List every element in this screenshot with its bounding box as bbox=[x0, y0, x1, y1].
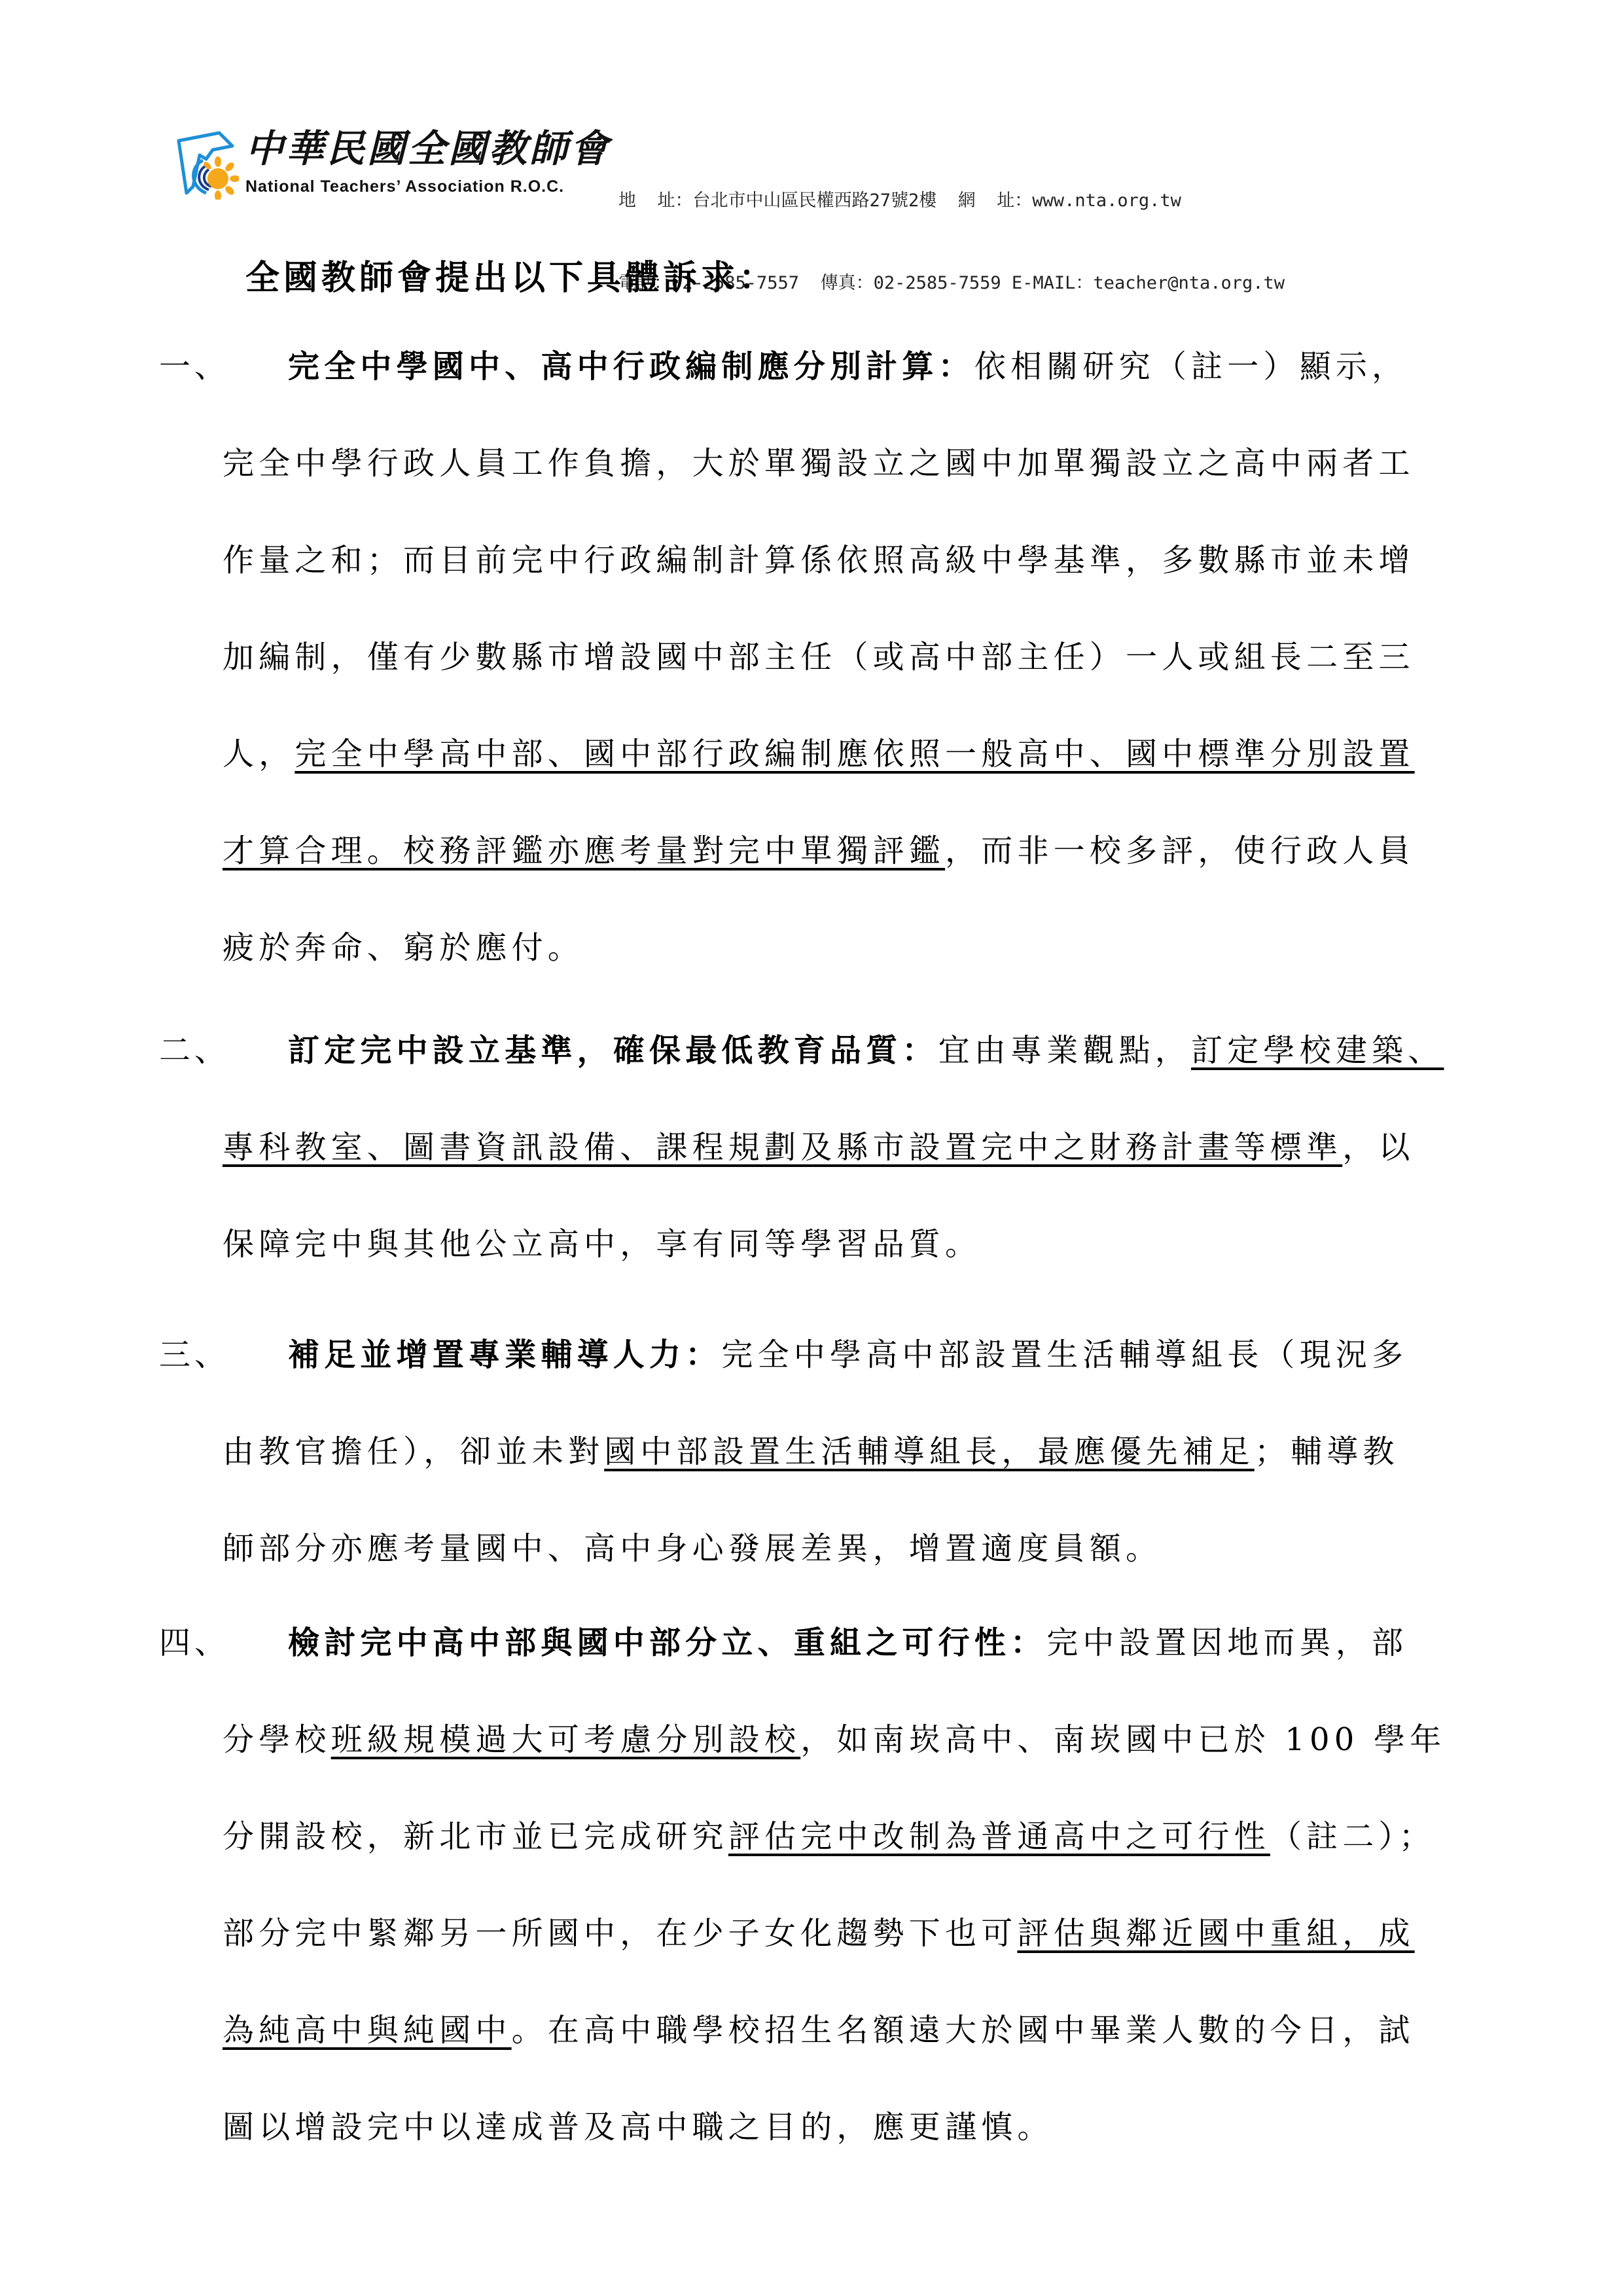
body-text: ，如南崁高中、南崁國中已於 100 學年 bbox=[800, 1721, 1446, 1758]
text-line: 分開設校，新北市並已完成研究評估完中改制為普通高中之可行性（註二）； bbox=[223, 1817, 1435, 1856]
body-text: 宜由專業觀點， bbox=[938, 1032, 1191, 1069]
body-text: 作量之和；而目前完中行政編制計算係依照高級中學基準，多數縣市並未增 bbox=[223, 542, 1415, 579]
org-name-zh: 中華民國全國教師會 bbox=[245, 126, 611, 171]
body-text: 部分完中緊鄰另一所國中，在少子女化趨勢下也可 bbox=[223, 1915, 1017, 1952]
body-text: 完中設置因地而異，部 bbox=[1046, 1624, 1408, 1661]
text-line: 圖以增設完中以達成普及高中職之目的，應更謹慎。 bbox=[223, 2108, 1054, 2147]
nta-logo-icon bbox=[167, 128, 239, 200]
emphasized-text: 為純高中與純國中 bbox=[223, 2012, 512, 2049]
body-text: 分學校 bbox=[223, 1721, 331, 1758]
text-line: 補足並增置專業輔導人力：完全中學高中部設置生活輔導組長（現況多 bbox=[288, 1335, 1408, 1374]
body-text: （註二）； bbox=[1270, 1818, 1435, 1855]
emphasized-text: 班級規模過大可考慮分別設校 bbox=[331, 1721, 801, 1758]
body-text: 疲於奔命、窮於應付。 bbox=[223, 929, 584, 966]
text-line: 師部分亦應考量國中、高中身心發展差異，增置適度員額。 bbox=[223, 1529, 1162, 1568]
body-text: 分開設校，新北市並已完成研究 bbox=[223, 1818, 728, 1855]
item-heading: 檢討完中高中部與國中部分立、重組之可行性： bbox=[288, 1624, 1046, 1661]
text-line: 完全中學行政人員工作負擔，大於單獨設立之國中加單獨設立之高中兩者工 bbox=[223, 444, 1415, 483]
document-title: 全國教師會提出以下具體訴求： bbox=[245, 259, 777, 298]
address-line: 地 址：台北市中山區民權西路27號2樓 網 址：www.nta.org.tw bbox=[618, 187, 1285, 215]
text-line: 檢討完中高中部與國中部分立、重組之可行性：完中設置因地而異，部 bbox=[288, 1623, 1408, 1662]
body-text: 人， bbox=[223, 736, 294, 772]
emphasized-text: 才算合理。校務評鑑亦應考量對完中單獨評鑑 bbox=[223, 833, 945, 869]
item-heading: 完全中學國中、高中行政編制應分別計算： bbox=[288, 348, 974, 385]
contact-info: 地 址：台北市中山區民權西路27號2樓 網 址：www.nta.org.tw 電… bbox=[618, 132, 1285, 352]
body-text: 由教官擔任），卻並未對 bbox=[223, 1433, 604, 1470]
emphasized-text: 評估完中改制為普通高中之可行性 bbox=[728, 1818, 1270, 1855]
item-number: 二、 bbox=[159, 1031, 230, 1070]
logo-wordmark: 中華民國全國教師會 National Teachers’ Association… bbox=[245, 124, 612, 203]
body-text: 。在高中職學校招生名額遠大於國中畢業人數的今日，試 bbox=[512, 2012, 1415, 2049]
body-text: 加編制，僅有少數縣市增設國中部主任（或高中部主任）一人或組長二至三 bbox=[223, 639, 1415, 675]
letterhead: 中華民國全國教師會 National Teachers’ Association… bbox=[167, 124, 1476, 203]
emphasized-text: 評估與鄰近國中重組，成 bbox=[1017, 1915, 1414, 1952]
text-line: 由教官擔任），卻並未對國中部設置生活輔導組長，最應優先補足；輔導教 bbox=[223, 1432, 1399, 1471]
text-line: 分學校班級規模過大可考慮分別設校，如南崁高中、南崁國中已於 100 學年 bbox=[223, 1720, 1446, 1759]
emphasized-text: 訂定學校建築、 bbox=[1191, 1032, 1444, 1069]
text-line: 作量之和；而目前完中行政編制計算係依照高級中學基準，多數縣市並未增 bbox=[223, 541, 1415, 580]
text-line: 專科教室、圖書資訊設備、課程規劃及縣市設置完中之財務計畫等標準，以 bbox=[223, 1128, 1415, 1167]
body-text: 依相關研究（註一）顯示， bbox=[974, 348, 1408, 385]
emphasized-text: 專科教室、圖書資訊設備、課程規劃及縣市設置完中之財務計畫等標準 bbox=[223, 1129, 1342, 1166]
text-line: 部分完中緊鄰另一所國中，在少子女化趨勢下也可評估與鄰近國中重組，成 bbox=[223, 1914, 1415, 1953]
emphasized-text: 完全中學高中部、國中部行政編制應依照一般高中、國中標準分別設置 bbox=[294, 736, 1414, 772]
body-text: 完全中學高中部設置生活輔導組長（現況多 bbox=[721, 1336, 1408, 1373]
text-line: 疲於奔命、窮於應付。 bbox=[223, 928, 584, 967]
text-line: 訂定完中設立基準，確保最低教育品質：宜由專業觀點，訂定學校建築、 bbox=[288, 1031, 1444, 1070]
body-text: ，以 bbox=[1342, 1129, 1414, 1166]
text-line: 完全中學國中、高中行政編制應分別計算：依相關研究（註一）顯示， bbox=[288, 347, 1408, 386]
body-text: ；輔導教 bbox=[1255, 1433, 1399, 1470]
item-number: 四、 bbox=[159, 1623, 230, 1662]
text-line: 加編制，僅有少數縣市增設國中部主任（或高中部主任）一人或組長二至三 bbox=[223, 637, 1415, 677]
item-number: 一、 bbox=[159, 347, 230, 386]
body-text: 師部分亦應考量國中、高中身心發展差異，增置適度員額。 bbox=[223, 1530, 1162, 1567]
body-text: 圖以增設完中以達成普及高中職之目的，應更謹慎。 bbox=[223, 2109, 1054, 2145]
document-page: 中華民國全國教師會 National Teachers’ Association… bbox=[0, 0, 1623, 2296]
text-line: 保障完中與其他公立高中，享有同等學習品質。 bbox=[223, 1225, 981, 1264]
text-line: 為純高中與純國中。在高中職學校招生名額遠大於國中畢業人數的今日，試 bbox=[223, 2011, 1415, 2050]
item-heading: 訂定完中設立基準，確保最低教育品質： bbox=[288, 1032, 938, 1069]
item-number: 三、 bbox=[159, 1335, 230, 1374]
body-text: 完全中學行政人員工作負擔，大於單獨設立之國中加單獨設立之高中兩者工 bbox=[223, 445, 1415, 482]
text-line: 人，完全中學高中部、國中部行政編制應依照一般高中、國中標準分別設置 bbox=[223, 734, 1415, 774]
text-line: 才算合理。校務評鑑亦應考量對完中單獨評鑑，而非一校多評，使行政人員 bbox=[223, 831, 1415, 870]
body-text: 保障完中與其他公立高中，享有同等學習品質。 bbox=[223, 1226, 981, 1263]
body-text: ，而非一校多評，使行政人員 bbox=[945, 833, 1415, 869]
item-heading: 補足並增置專業輔導人力： bbox=[288, 1336, 721, 1373]
org-name-en: National Teachers’ Association R.O.C. bbox=[245, 177, 564, 196]
emphasized-text: 國中部設置生活輔導組長，最應優先補足 bbox=[604, 1433, 1255, 1470]
